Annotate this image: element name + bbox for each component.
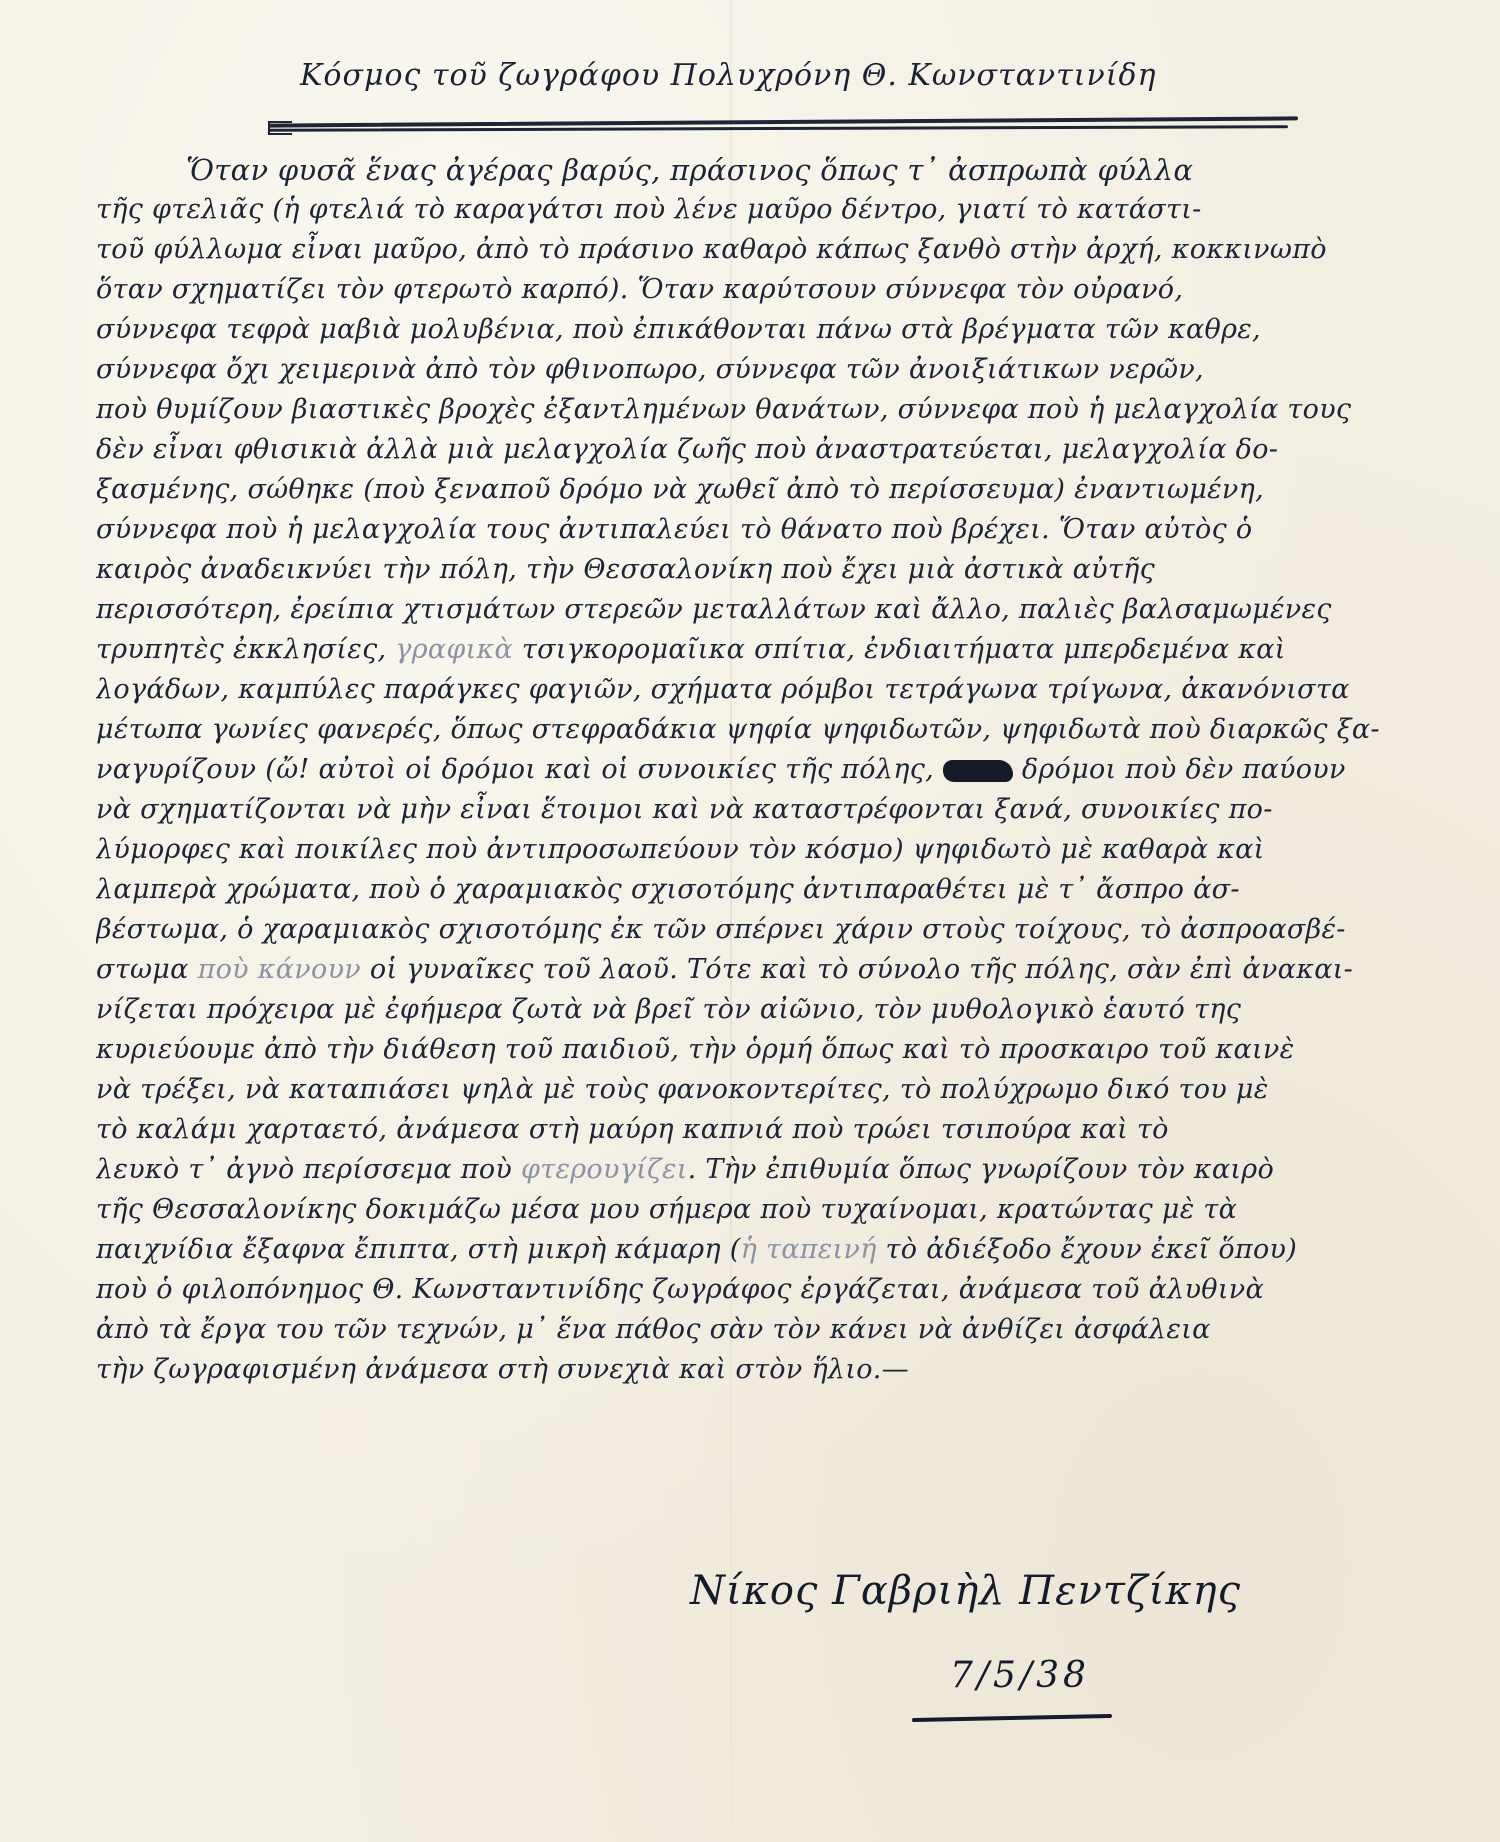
- faint-pencil-word: φτερουγίζει: [521, 1154, 688, 1185]
- manuscript-date: 7/5/38: [950, 1655, 1090, 1696]
- manuscript-line: ναγυρίζουν (ὤ! αὐτοὶ οἱ δρόμοι καὶ οἱ συ…: [96, 750, 1486, 790]
- manuscript-line: τὸ καλάμι χαρταετό, ἀνάμεσα στὴ μαύρη κα…: [96, 1110, 1486, 1150]
- manuscript-line: ἀπὸ τὰ ἔργα του τῶν τεχνών, μ᾽ ἕνα πάθος…: [96, 1310, 1486, 1350]
- manuscript-line: κυριεύουμε ἀπὸ τὴν διάθεση τοῦ παιδιοῦ, …: [96, 1030, 1486, 1070]
- manuscript-line: τὴν ζωγραφισμένη ἀνάμεσα στὴ συνεχιὰ καὶ…: [96, 1350, 1486, 1390]
- manuscript-line: νίζεται πρόχειρα μὲ ἐφήμερα ζωτὰ νὰ βρεῖ…: [96, 990, 1486, 1030]
- manuscript-line: σύννεφα ποὺ ἡ μελαγχολία τους ἀντιπαλεύε…: [96, 510, 1486, 550]
- manuscript-line: παιχνίδια ἔξαφνα ἔπιπτα, στὴ μικρὴ κάμαρ…: [96, 1230, 1486, 1270]
- manuscript-line: δὲν εἶναι φθισικιὰ ἀλλὰ μιὰ μελαγχολία ζ…: [96, 430, 1486, 470]
- date-underline: [912, 1714, 1112, 1722]
- manuscript-line: λογάδων, καμπύλες παράγκες φαγιῶν, σχήμα…: [96, 670, 1486, 710]
- manuscript-line: περισσότερη, ἐρείπια χτισμάτων στερεῶν μ…: [96, 590, 1486, 630]
- manuscript-line: τρυπητὲς ἐκκλησίες, γραφικὰ τσιγκορομαῖι…: [96, 630, 1486, 670]
- manuscript-line: τῆς φτελιᾶς (ἡ φτελιά τὸ καραγάτσι ποὺ λ…: [96, 190, 1486, 230]
- manuscript-line: Ὅταν φυσᾶ ἕνας ἀγέρας βαρύς, πράσινος ὅπ…: [96, 150, 1486, 190]
- faint-pencil-word: ποὺ κάνουν: [198, 954, 361, 985]
- ink-blot: [943, 760, 1013, 782]
- author-signature: Νίκος Γαβριὴλ Πεντζίκης: [690, 1568, 1241, 1614]
- manuscript-line: λύμορφες καὶ ποικίλες ποὺ ἀντιπροσωπεύου…: [96, 830, 1486, 870]
- manuscript-line: νὰ τρέξει, νὰ καταπιάσει ψηλὰ μὲ τοὺς φα…: [96, 1070, 1486, 1110]
- manuscript-body: Ὅταν φυσᾶ ἕνας ἀγέρας βαρύς, πράσινος ὅπ…: [96, 150, 1486, 1390]
- manuscript-line: νὰ σχηματίζονται νὰ μὴν εἶναι ἕτοιμοι κα…: [96, 790, 1486, 830]
- manuscript-line: τοῦ φύλλωμα εἶναι μαῦρο, ἀπὸ τὸ πράσινο …: [96, 230, 1486, 270]
- faint-pencil-word: γραφικὰ: [395, 634, 513, 665]
- manuscript-line: λευκὸ τ᾽ ἀγνὸ περίσσεμα ποὺ φτερουγίζει.…: [96, 1150, 1486, 1190]
- manuscript-line: τῆς Θεσσαλονίκης δοκιμάζω μέσα μου σήμερ…: [96, 1190, 1486, 1230]
- manuscript-line: ποὺ θυμίζουν βιαστικὲς βροχὲς ἐξαντλημέν…: [96, 390, 1486, 430]
- title-double-underline: [268, 118, 1298, 132]
- manuscript-line: στωμα ποὺ κάνουν οἱ γυναῖκες τοῦ λαοῦ. Τ…: [96, 950, 1486, 990]
- manuscript-line: μέτωπα γωνίες φανερές, ὅπως στεφραδάκια …: [96, 710, 1486, 750]
- manuscript-title: Κόσμος τοῦ ζωγράφου Πολυχρόνη Θ. Κωνσταν…: [300, 58, 1280, 93]
- manuscript-line: σύννεφα τεφρὰ μαβιὰ μολυβένια, ποὺ ἐπικά…: [96, 310, 1486, 350]
- manuscript-line: σύννεφα ὄχι χειμερινὰ ἀπὸ τὸν φθινοπωρο,…: [96, 350, 1486, 390]
- manuscript-line: λαμπερὰ χρώματα, ποὺ ὁ χαραμιακὸς σχισοτ…: [96, 870, 1486, 910]
- manuscript-line: ὅταν σχηματίζει τὸν φτερωτὸ καρπό). Ὅταν…: [96, 270, 1486, 310]
- manuscript-line: ποὺ ὁ φιλοπόνημος Θ. Κωνσταντινίδης ζωγρ…: [96, 1270, 1486, 1310]
- manuscript-line: ξασμένης, σώθηκε (ποὺ ξεναποῦ δρόμο νὰ χ…: [96, 470, 1486, 510]
- manuscript-line: βέστωμα, ὁ χαραμιακὸς σχισοτόμης ἐκ τῶν …: [96, 910, 1486, 950]
- manuscript-line: καιρὸς ἀναδεικνύει τὴν πόλη, τὴν Θεσσαλο…: [96, 550, 1486, 590]
- faint-pencil-word: ἡ ταπεινή: [741, 1234, 877, 1265]
